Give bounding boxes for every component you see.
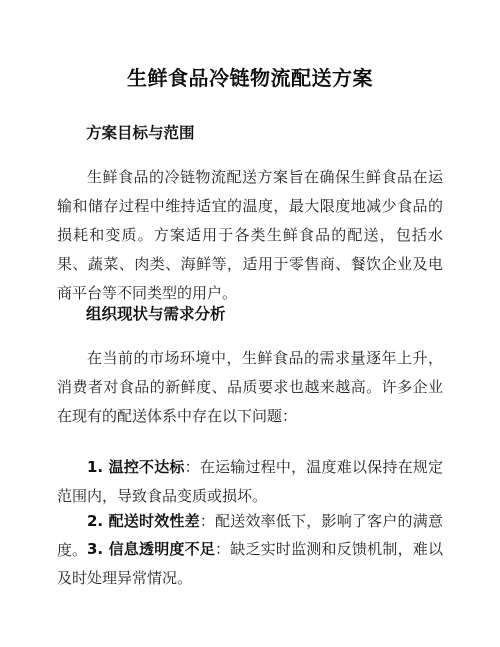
document-page: 生鲜食品冷链物流配送方案 方案目标与范围 生鲜食品的冷链物流配送方案旨在确保生鲜… (0, 0, 500, 647)
section-heading-goals: 方案目标与范围 (86, 121, 195, 143)
section-heading-analysis: 组织现状与需求分析 (86, 302, 226, 324)
issue-separator: ： (185, 458, 200, 476)
issue-item-3: 3. 信息透明度不足：缺乏实时监测和反馈机制，难以及时处理异常情况。 (57, 535, 443, 593)
issue-label: 1. 温控不达标 (87, 458, 185, 476)
paragraph-analysis: 在当前的市场环境中，生鲜食品的需求量逐年上升，消费者对食品的新鲜度、品质要求也越… (57, 344, 443, 431)
document-title: 生鲜食品冷链物流配送方案 (0, 62, 500, 91)
paragraph-goals: 生鲜食品的冷链物流配送方案旨在确保生鲜食品在运输和储存过程中维持适宜的温度，最大… (57, 163, 443, 308)
issue-separator: ： (215, 540, 230, 558)
issue-label: 2. 配送时效性差 (87, 512, 200, 530)
issue-separator: ： (200, 512, 215, 530)
issue-item-1: 1. 温控不达标：在运输过程中，温度难以保持在规定范围内，导致食品变质或损坏。 (57, 453, 443, 511)
issue-label: 3. 信息透明度不足 (87, 540, 215, 558)
